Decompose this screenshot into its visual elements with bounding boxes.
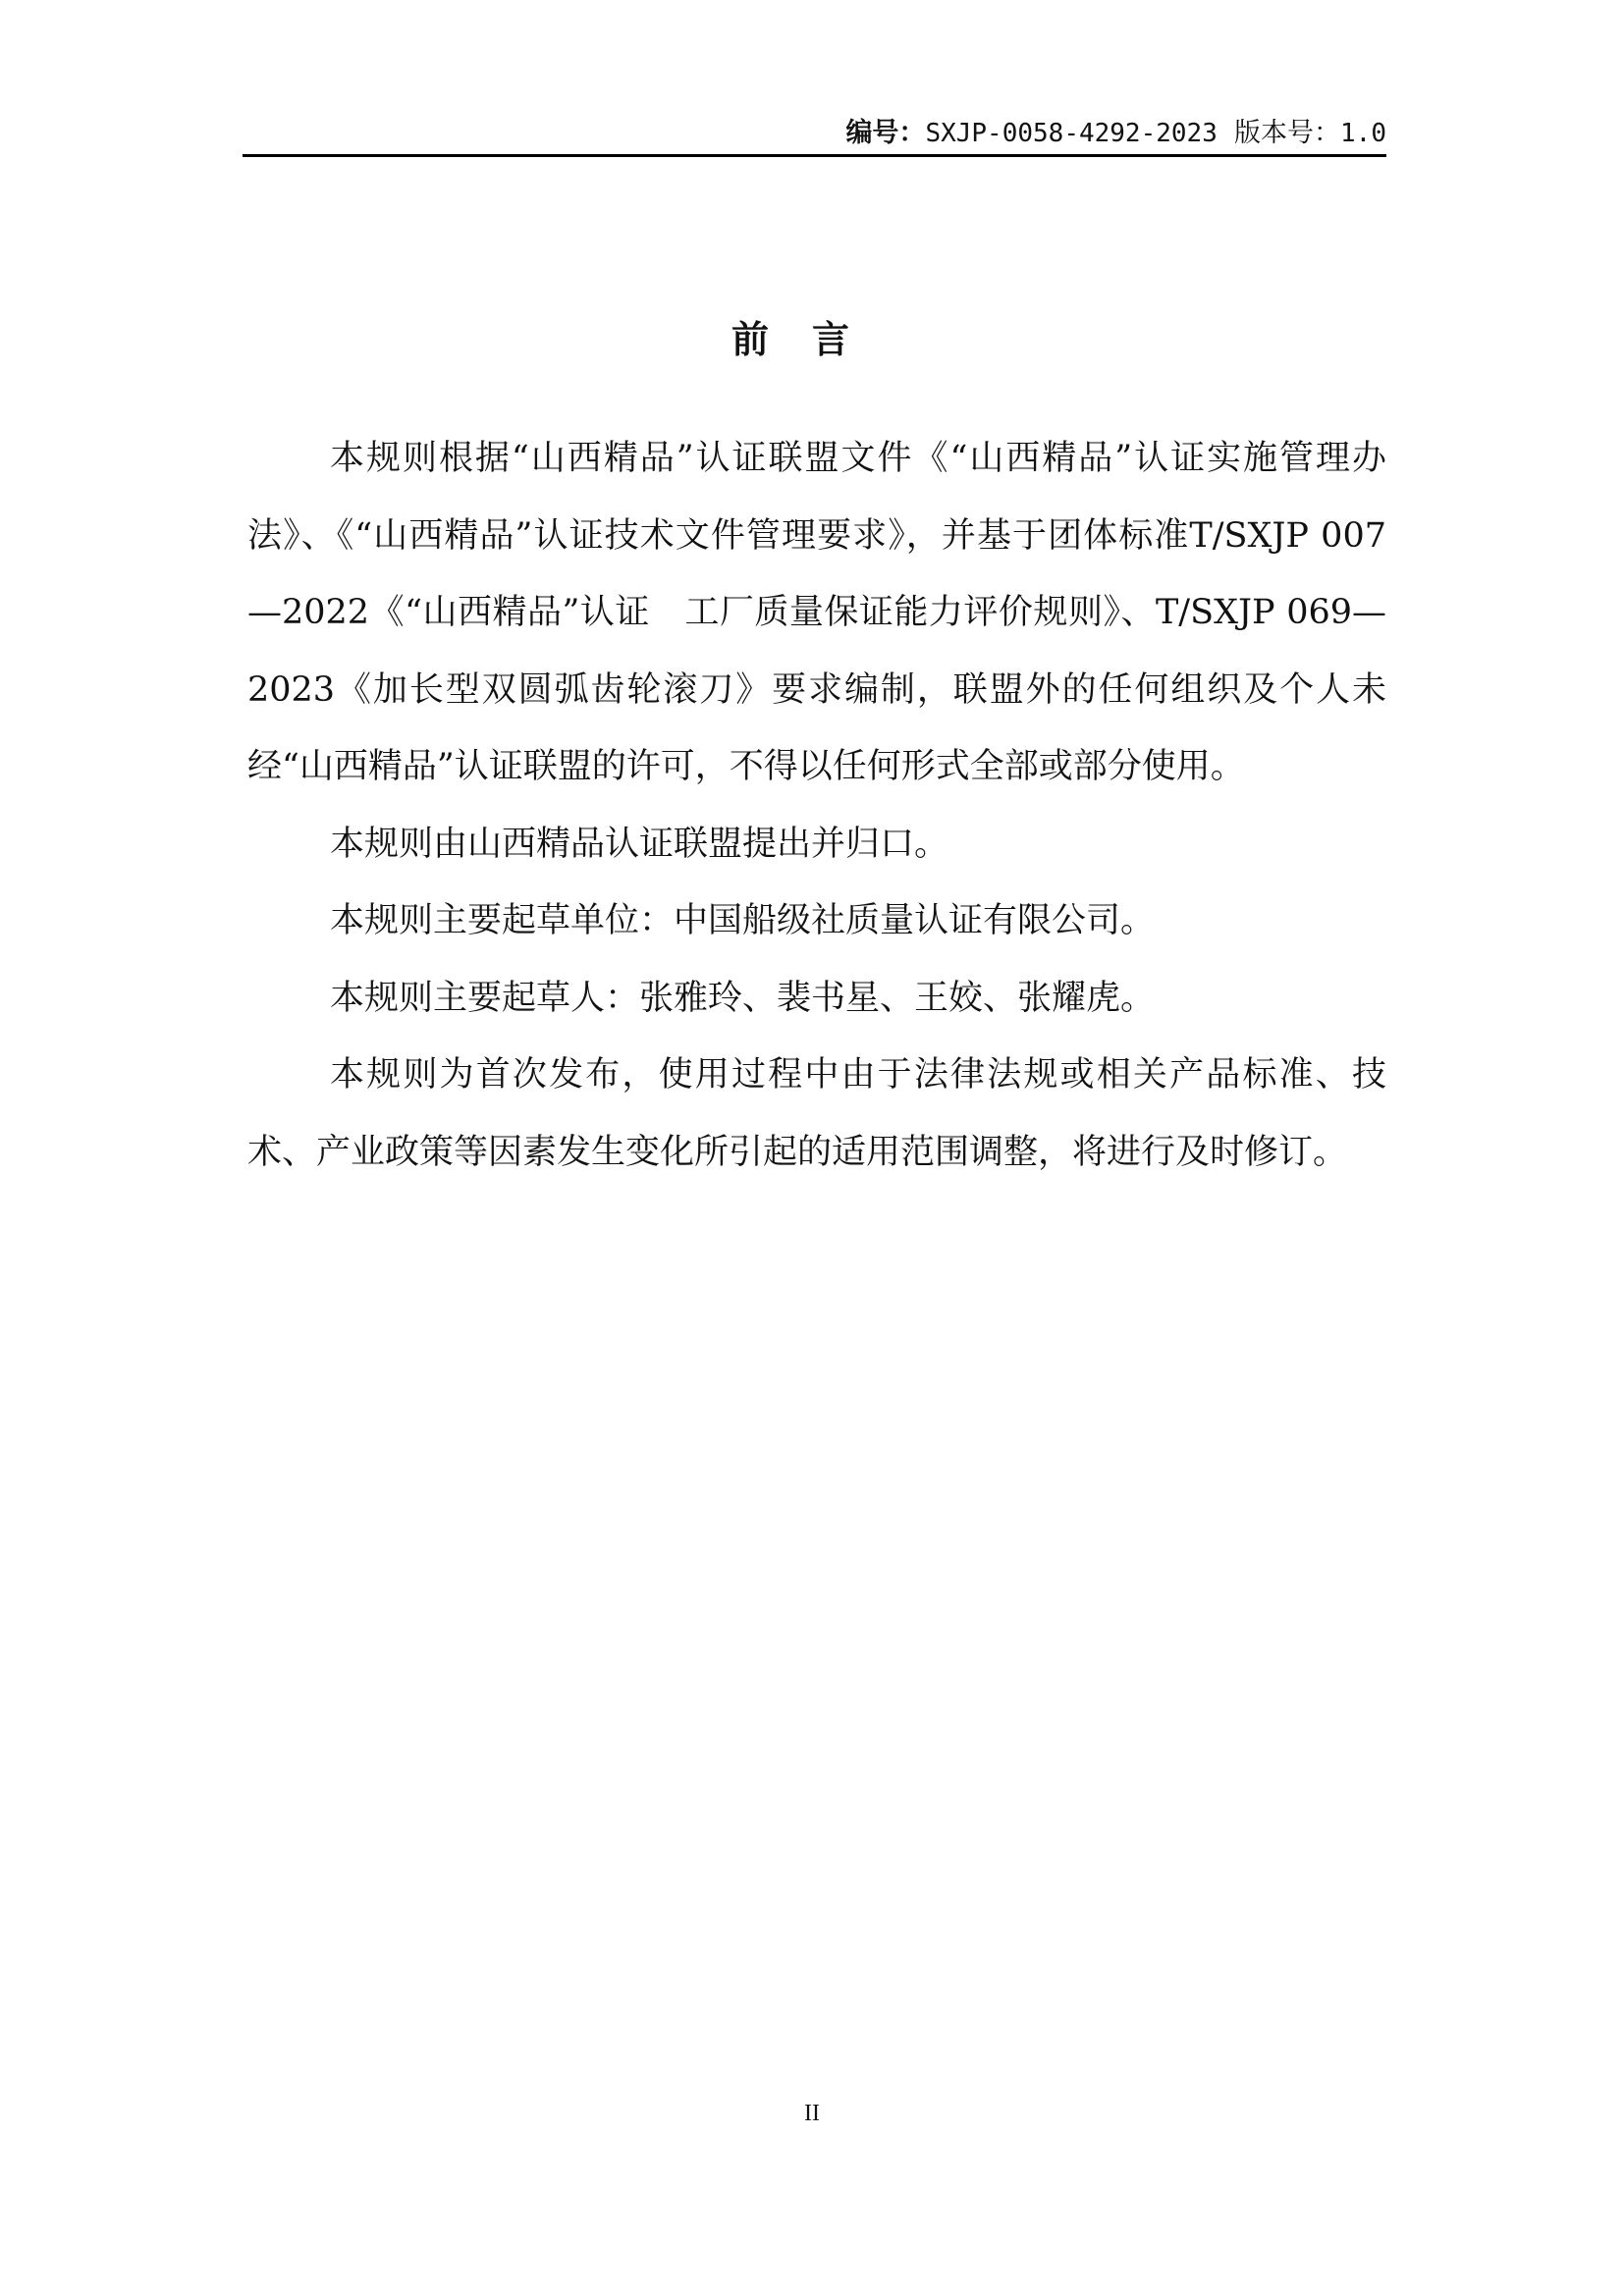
paragraph-revision: 本规则为首次发布，使用过程中由于法律法规或相关产品标准、技术、产业政策等因素发生…: [247, 1037, 1386, 1191]
document-code-value: SXJP-0058-4292-2023: [925, 119, 1217, 148]
page-title: 前言: [0, 309, 1624, 363]
header-rule: [243, 154, 1386, 157]
paragraph-drafting-unit: 本规则主要起草单位：中国船级社质量认证有限公司。: [247, 882, 1386, 960]
paragraph-basis: 本规则根据“山西精品”认证联盟文件《“山西精品”认证实施管理办法》、《“山西精品…: [247, 420, 1386, 806]
document-header: 编号：SXJP-0058-4292-2023 版本号：1.0: [243, 116, 1386, 155]
preface-body: 本规则根据“山西精品”认证联盟文件《“山西精品”认证实施管理办法》、《“山西精品…: [247, 420, 1386, 1191]
version-label: 版本号：: [1234, 118, 1340, 148]
paragraph-proposer: 本规则由山西精品认证联盟提出并归口。: [247, 806, 1386, 883]
document-code-label: 编号：: [845, 118, 925, 148]
page-number: II: [0, 2101, 1624, 2127]
version-value: 1.0: [1340, 119, 1386, 148]
paragraph-drafters: 本规则主要起草人：张雅玲、裴书星、王姣、张耀虎。: [247, 960, 1386, 1038]
